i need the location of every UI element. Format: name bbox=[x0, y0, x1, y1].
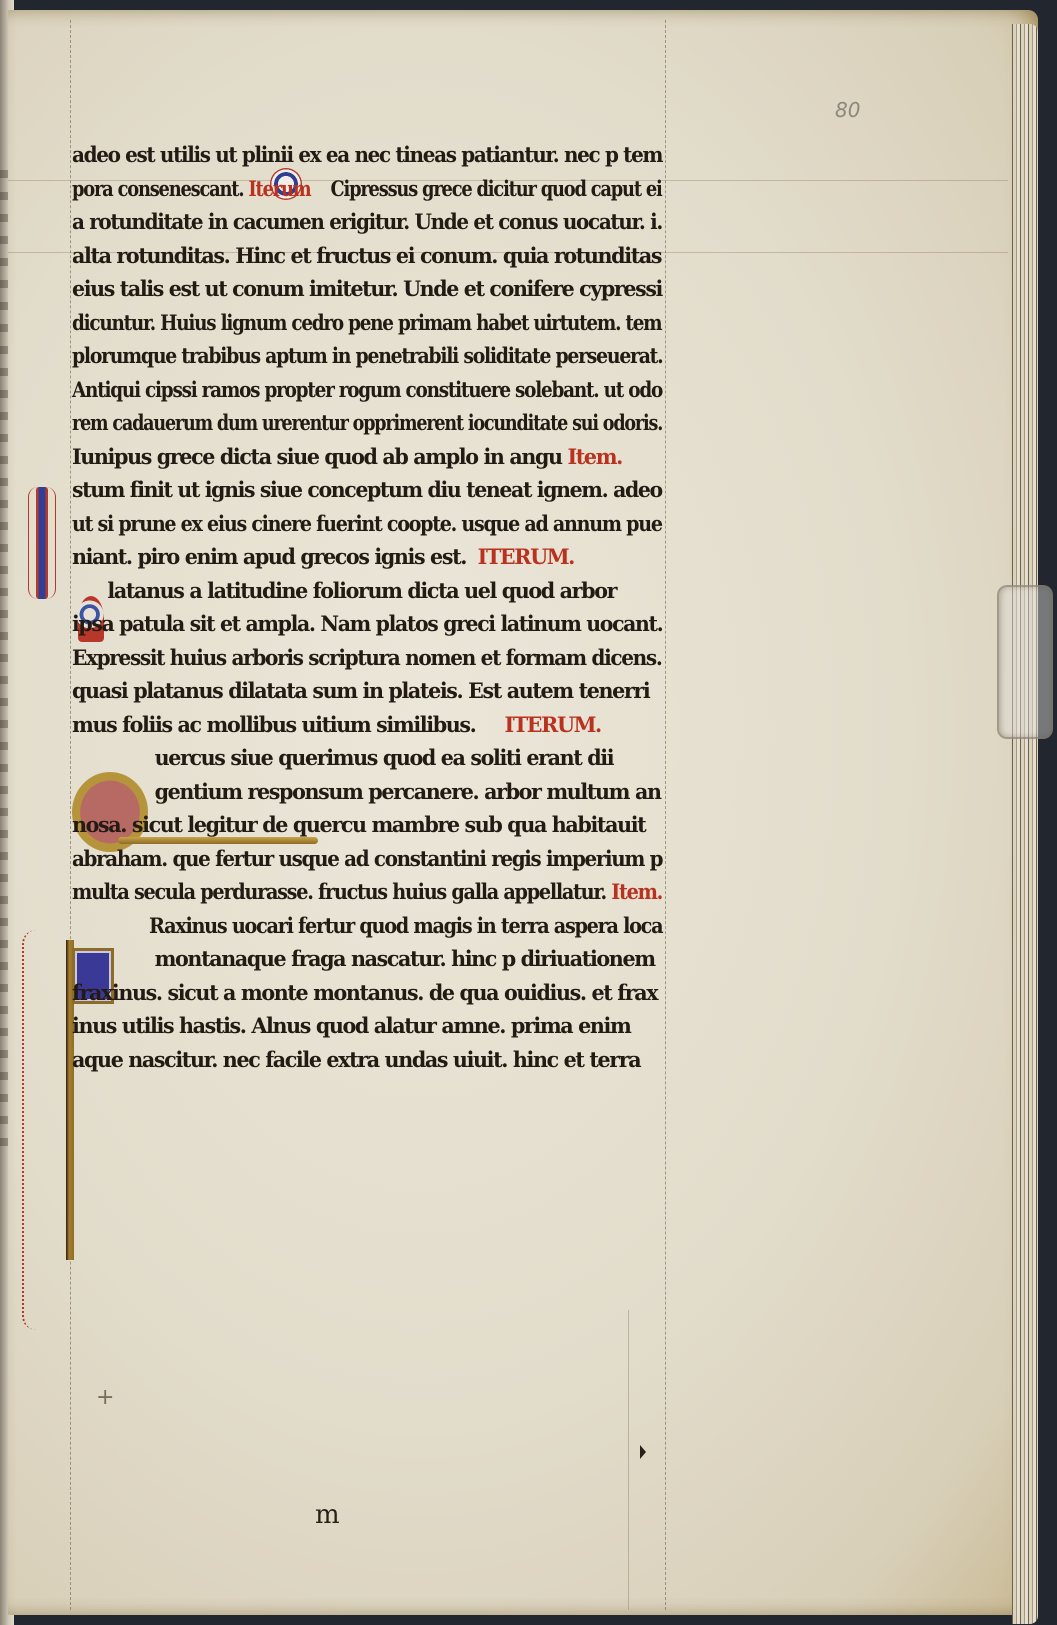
text-line: dicuntur. Huius lignum cedro pene primam… bbox=[72, 306, 597, 340]
text-line: latanus a latitudine foliorum dicta uel … bbox=[72, 574, 662, 608]
text-line: pora consenescant. Iterum Cipressus grec… bbox=[72, 172, 581, 206]
text-line: abraham. que fertur usque ad constantini… bbox=[72, 842, 640, 876]
text-line: multa secula perdurasse. fructus huius g… bbox=[72, 875, 622, 909]
text-line: ut si prune ex eius cinere fuerint coopt… bbox=[72, 507, 617, 541]
text-line: mus foliis ac mollibus uitium similibus.… bbox=[72, 708, 662, 742]
manuscript-spread: 80 adeo est utilis ut plinii ex ea nec t… bbox=[0, 0, 1057, 1625]
text-line: rem cadauerum dum urerentur opprimerent … bbox=[72, 406, 573, 440]
fore-edge bbox=[1012, 24, 1038, 1624]
text-line: stum finit ut ignis siue conceptum diu t… bbox=[72, 473, 656, 507]
text-line: inus utilis hastis. Alnus quod alatur am… bbox=[72, 1009, 662, 1043]
ruling-left bbox=[70, 20, 71, 1610]
text-column: adeo est utilis ut plinii ex ea nec tine… bbox=[72, 138, 672, 1076]
book-clasp bbox=[997, 585, 1053, 739]
text-line: montanaque fraga nascatur. hinc p diriua… bbox=[72, 942, 662, 976]
text-line: plorumque trabibus aptum in penetrabili … bbox=[72, 339, 610, 373]
text-line: aque nascitur. nec facile extra undas ui… bbox=[72, 1043, 662, 1077]
text-line: a rotunditate in cacumen erigitur. Unde … bbox=[72, 205, 642, 239]
text-line: Raxinus uocari fertur quod magis in terr… bbox=[72, 909, 622, 943]
text-line: ipsa patula sit et ampla. Nam platos gre… bbox=[72, 607, 656, 641]
text-line: gentium responsum percanere. arbor multu… bbox=[72, 775, 662, 809]
margin-cross-mark: + bbox=[96, 1385, 114, 1410]
initial-f-flourish bbox=[22, 930, 54, 1330]
initial-i bbox=[36, 487, 48, 599]
text-line: eius talis est ut conum imitetur. Unde e… bbox=[72, 272, 660, 306]
folio-number: 80 bbox=[835, 98, 860, 122]
text-line: quasi platanus dilatata sum in plateis. … bbox=[72, 674, 662, 708]
crease bbox=[628, 1310, 629, 1610]
text-line: niant. piro enim apud grecos ignis est. … bbox=[72, 540, 662, 574]
text-line: uercus siue querimus quod ea soliti eran… bbox=[72, 741, 662, 775]
text-line: fraxinus. sicut a monte montanus. de qua… bbox=[72, 976, 662, 1010]
text-line: adeo est utilis ut plinii ex ea nec tine… bbox=[72, 138, 642, 172]
text-line: nosa. sicut legitur de quercu mambre sub… bbox=[72, 808, 662, 842]
text-line: Antiqui cipssi ramos propter rogum const… bbox=[72, 373, 598, 407]
catchword: m bbox=[315, 1500, 340, 1530]
text-line: Iunipus grece dicta siue quod ab amplo i… bbox=[72, 440, 662, 474]
text-line: Expressit huius arboris scriptura nomen … bbox=[72, 641, 646, 675]
text-line: alta rotunditas. Hinc et fructus ei conu… bbox=[72, 239, 662, 273]
